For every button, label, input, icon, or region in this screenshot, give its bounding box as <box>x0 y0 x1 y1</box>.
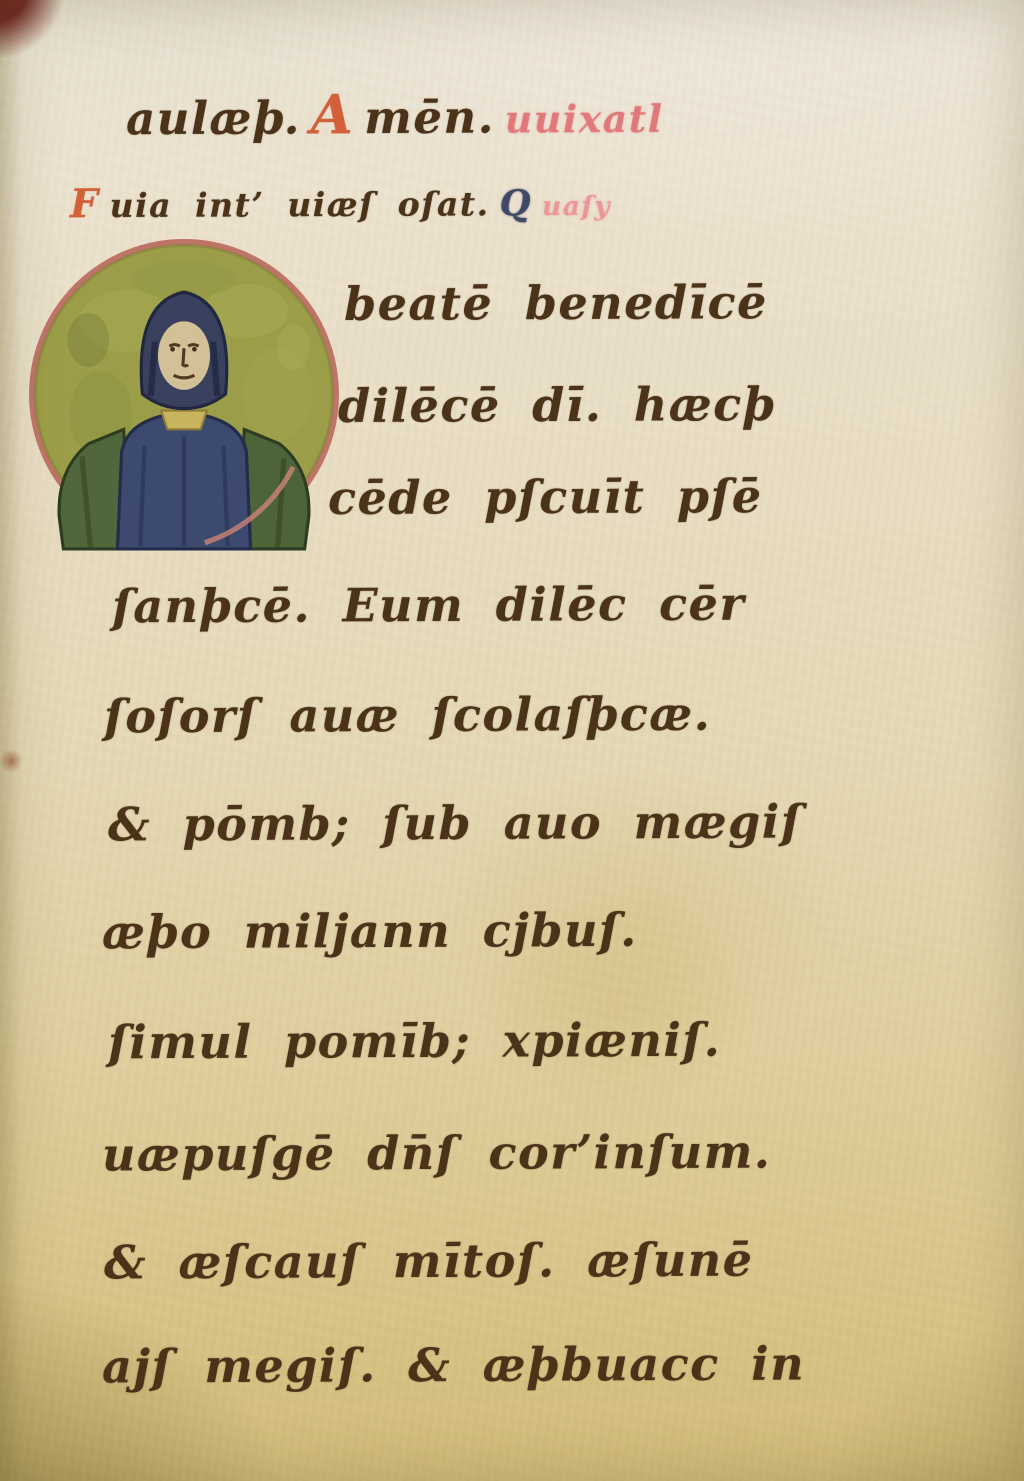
photo-vignette <box>0 0 1024 1481</box>
manuscript-photo: { "page": { "description": "Photograph o… <box>0 0 1024 1481</box>
